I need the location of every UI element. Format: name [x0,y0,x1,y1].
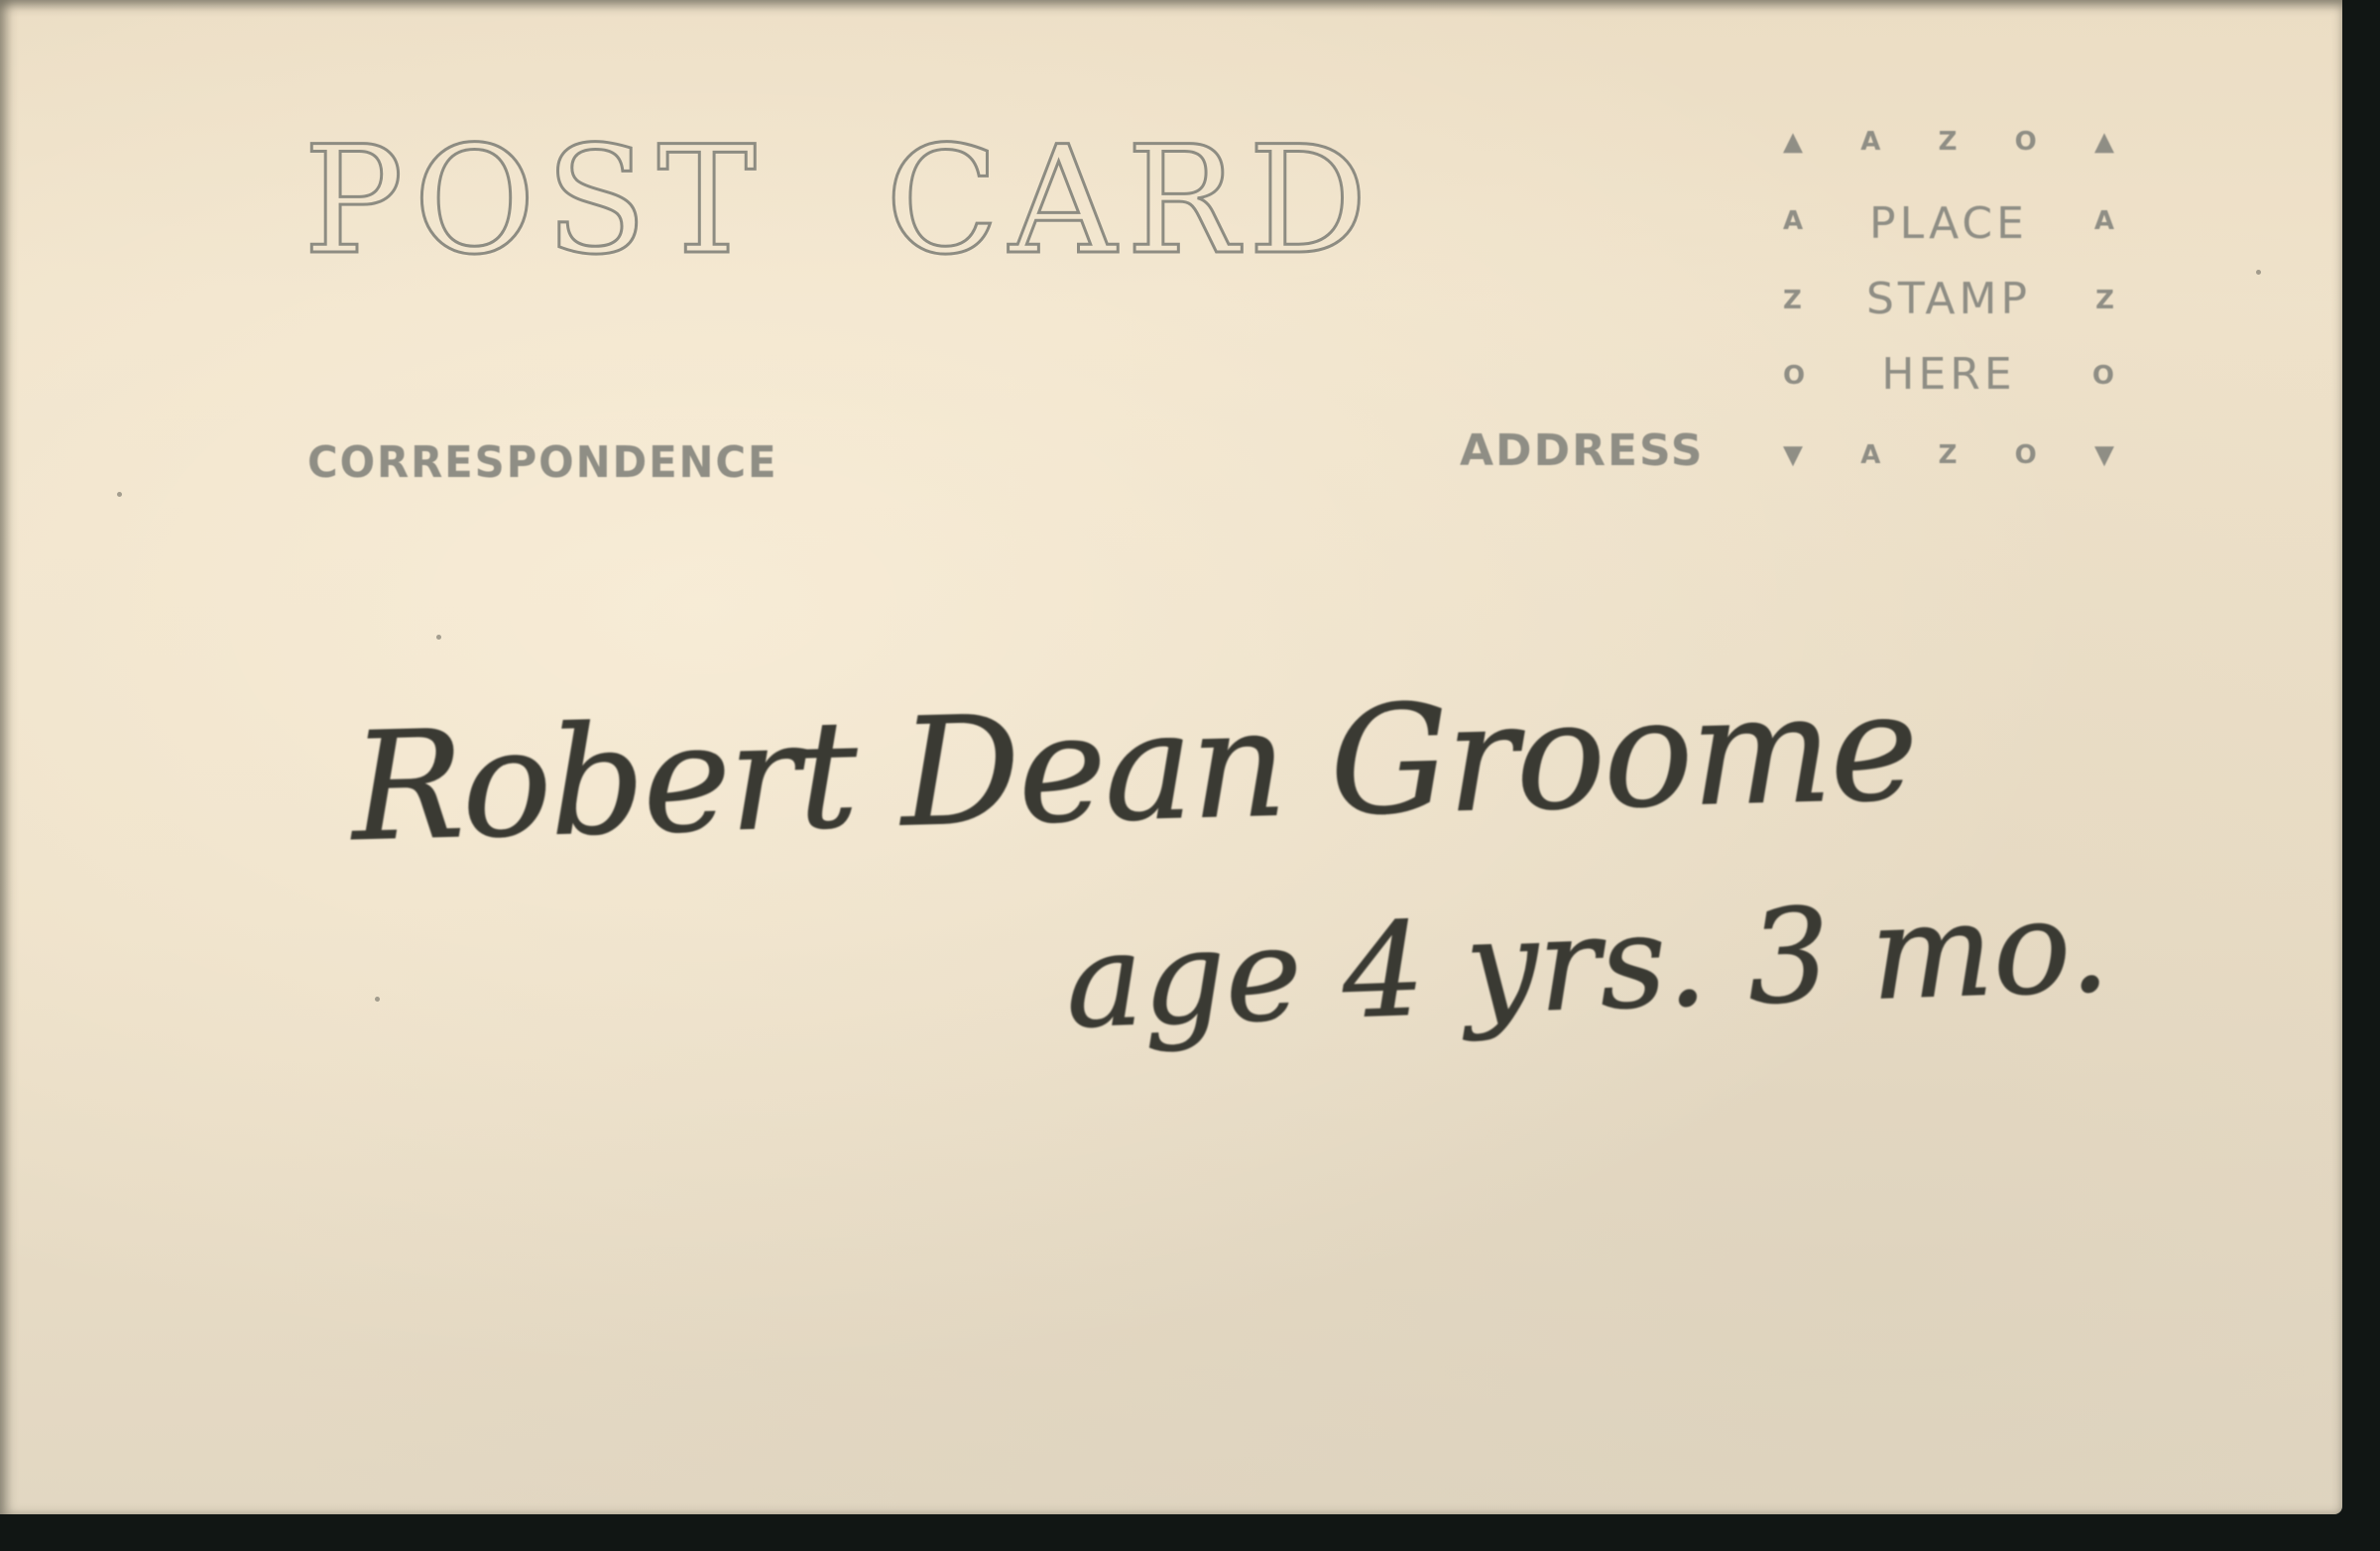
address-label: ADDRESS [1460,429,1704,473]
paper-speck [2256,270,2261,275]
stamp-bottom-edge: ▼ A Z O ▼ [1783,442,2114,468]
triangle-down-icon: ▼ [1783,442,1803,468]
post-card-title: POSTCARD [303,127,1377,276]
triangle-up-icon: ▲ [2094,129,2114,155]
handwritten-age: age 4 yrs. 3 mo. [1064,881,2111,1046]
postcard-back: POSTCARD CORRESPONDENCE ADDRESS ▲ A Z O … [0,0,2342,1514]
stamp-text-stamp: STAMP [1775,278,2122,321]
stamp-box: ▲ A Z O ▲ A Z O A Z O ▼ A Z O ▼ PLACE ST… [1775,127,2122,474]
triangle-down-icon: ▼ [2094,442,2114,468]
correspondence-label: CORRESPONDENCE [307,441,777,485]
stamp-text-place: PLACE [1775,202,2122,246]
paper-speck [117,492,122,497]
stamp-top-edge: ▲ A Z O ▲ [1783,129,2114,155]
handwritten-name: Robert Dean Groome [350,673,1918,863]
stamp-text-here: HERE [1775,353,2122,397]
triangle-up-icon: ▲ [1783,129,1803,155]
title-post: POST [303,115,767,288]
paper-speck [375,997,380,1002]
title-card: CARD [886,115,1377,288]
paper-speck [436,635,441,640]
